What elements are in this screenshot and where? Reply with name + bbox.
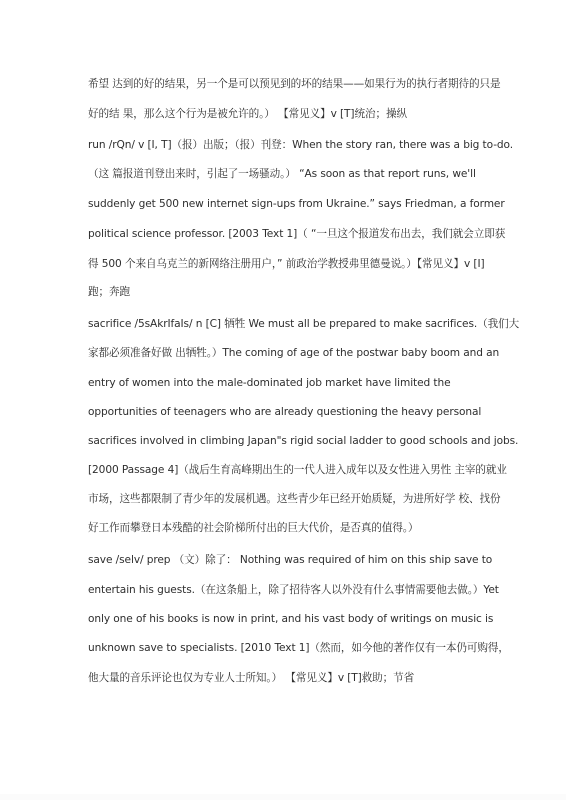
- text-line: opportunities of teenagers who are alrea…: [88, 403, 508, 421]
- text-line: 好的结 果，那么这个行为是被允许的。） 【常见义】v [T]统治；操纵: [88, 105, 508, 123]
- text-line: unknown save to specialists. [2010 Text …: [88, 639, 508, 657]
- entry-sacrifice-headline: sacrifice /5sAkrIfaIs/ n [C] 牺牲 We must …: [88, 315, 508, 333]
- entry-save-headline: save /selv/ prep （文）除了： Nothing was requ…: [88, 551, 508, 569]
- text-line: 得 500 个来自乌克兰的新网络注册用户，” 前政治学教授弗里德曼说。）【常见义…: [88, 255, 508, 273]
- text-line: sacrifices involved in climbing Japan"s …: [88, 432, 508, 450]
- text-line: entry of women into the male-dominated j…: [88, 374, 508, 392]
- page-bottom-edge: [0, 794, 566, 800]
- document-page: 希望 达到的好的结果，另一个是可以预见到的坏的结果——如果行为的执行者期待的只是…: [0, 0, 566, 800]
- text-line: 希望 达到的好的结果，另一个是可以预见到的坏的结果——如果行为的执行者期待的只是: [88, 75, 508, 93]
- text-line: 好工作而攀登日本残酷的社会阶梯所付出的巨大代价，是否真的值得。）: [88, 519, 508, 537]
- text-line: 他大量的音乐评论也仅为专业人士所知。） 【常见义】v [T]救助；节省: [88, 669, 508, 687]
- text-line: entertain his guests.（在这条船上，除了招待客人以外没有什么…: [88, 581, 508, 599]
- text-line: political science professor. [2003 Text …: [88, 225, 508, 243]
- entry-run-headline: run /rQn/ v [I, T]（报）出版；（报）刊登：When the s…: [88, 136, 508, 154]
- text-line: [2000 Passage 4]（战后生育高峰期出生的一代人进入成年以及女性进入…: [88, 461, 508, 479]
- text-line: suddenly get 500 new internet sign-ups f…: [88, 195, 508, 213]
- text-line: 家都必须准备好做 出牺牲。）The coming of age of the p…: [88, 344, 508, 362]
- text-line: 市场，这些都限制了青少年的发展机遇。这些青少年已经开始质疑，为进所好学 校、找份: [88, 490, 508, 508]
- text-line: 跑；奔跑: [88, 283, 508, 301]
- text-line: （这 篇报道刊登出来时，引起了一场骚动。） “As soon as that r…: [88, 165, 508, 183]
- text-line: only one of his books is now in print, a…: [88, 610, 508, 628]
